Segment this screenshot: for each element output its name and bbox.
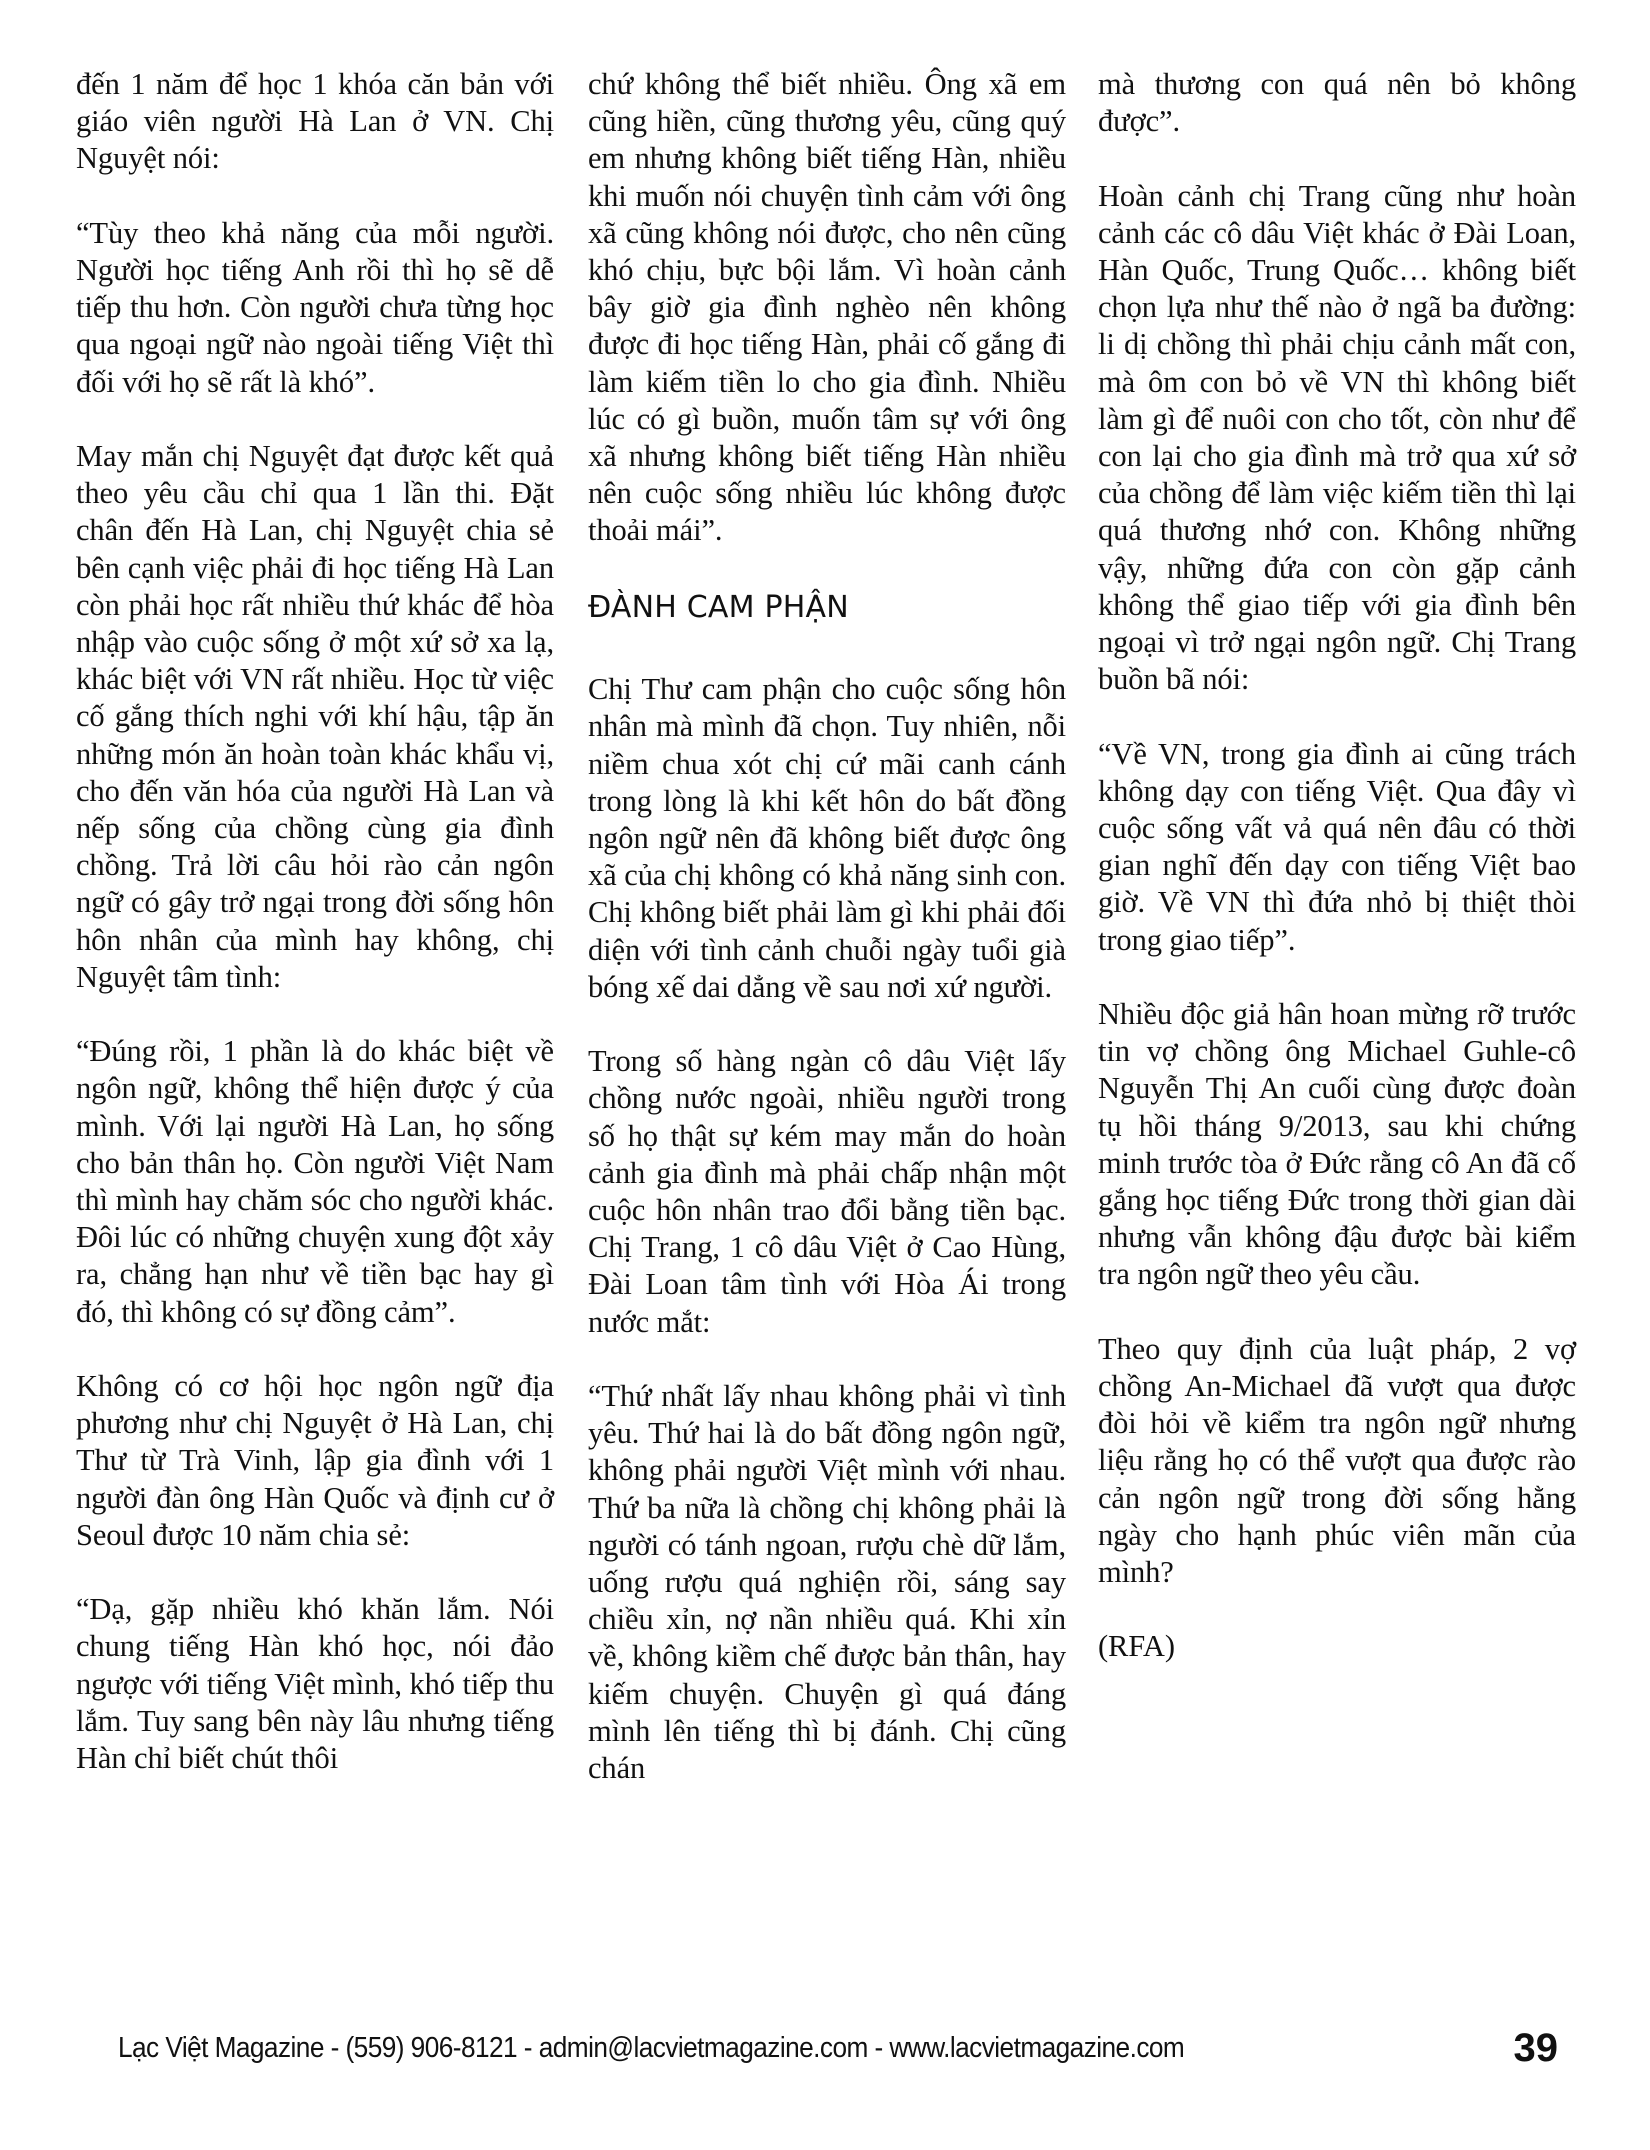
paragraph: Nhiều độc giả hân hoan mừng rỡ trước tin…	[1098, 996, 1576, 1294]
quote-paragraph: mà thương con quá nên bỏ không được”.	[1098, 66, 1576, 140]
quote-paragraph: “Thứ nhất lấy nhau không phải vì tình yê…	[588, 1378, 1066, 1787]
paragraph: Trong số hàng ngàn cô dâu Việt lấy chồng…	[588, 1043, 1066, 1341]
section-heading: ĐÀNH CAM PHẬN	[588, 587, 1066, 634]
paragraph: đến 1 năm để học 1 khóa căn bản với giáo…	[76, 66, 554, 178]
paragraph: Không có cơ hội học ngôn ngữ địa phương …	[76, 1368, 554, 1554]
page-number: 39	[1514, 2026, 1559, 2071]
quote-paragraph: “Đúng rồi, 1 phần là do khác biệt về ngô…	[76, 1033, 554, 1331]
paragraph: Chị Thư cam phận cho cuộc sống hôn nhân …	[588, 671, 1066, 1006]
page-footer: Lạc Việt Magazine - (559) 906-8121 - adm…	[118, 2028, 1558, 2072]
article-column-middle: chứ không thể biết nhiều. Ông xã em cũng…	[588, 66, 1066, 1824]
article-column-right: mà thương con quá nên bỏ không được”. Ho…	[1098, 66, 1576, 1703]
paragraph: Hoàn cảnh chị Trang cũng như hoàn cảnh c…	[1098, 178, 1576, 699]
quote-paragraph: “Dạ, gặp nhiều khó khăn lắm. Nói chung t…	[76, 1591, 554, 1777]
footer-contact-line: Lạc Việt Magazine - (559) 906-8121 - adm…	[118, 2032, 1184, 2065]
quote-paragraph: “Về VN, trong gia đình ai cũng trách khô…	[1098, 736, 1576, 959]
quote-paragraph: chứ không thể biết nhiều. Ông xã em cũng…	[588, 66, 1066, 550]
paragraph: May mắn chị Nguyệt đạt được kết quả theo…	[76, 438, 554, 996]
source-credit: (RFA)	[1098, 1628, 1576, 1665]
paragraph: Theo quy định của luật pháp, 2 vợ chồng …	[1098, 1331, 1576, 1591]
quote-paragraph: “Tùy theo khả năng của mỗi người. Người …	[76, 215, 554, 401]
article-column-left: đến 1 năm để học 1 khóa căn bản với giáo…	[76, 66, 554, 1814]
